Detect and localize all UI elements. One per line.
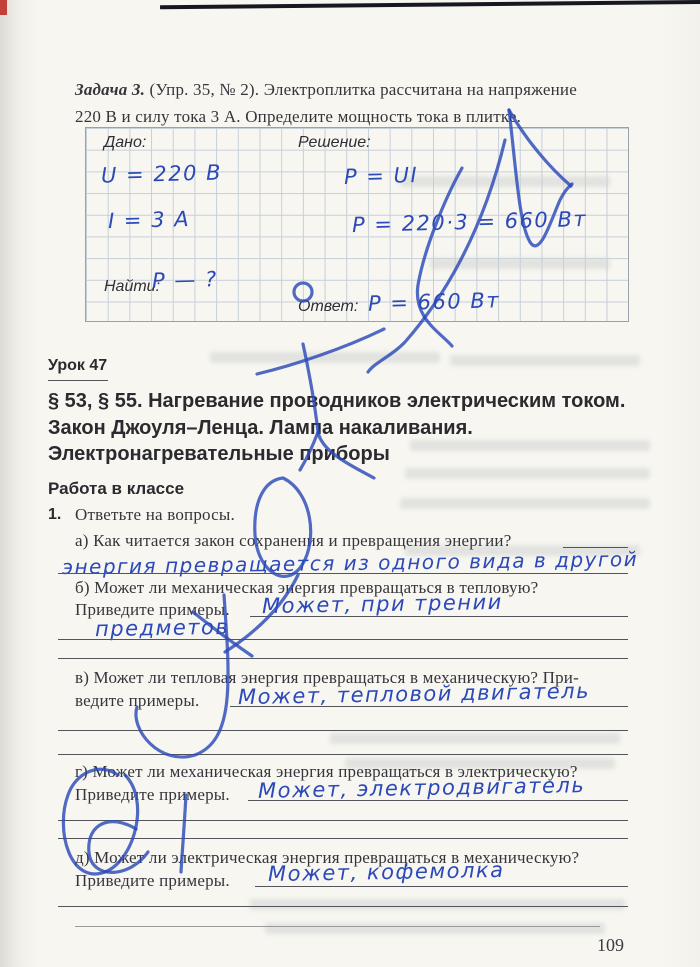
task3-label: Задача 3. (75, 80, 145, 99)
bleed-through (250, 899, 625, 910)
bleed-through (405, 468, 650, 479)
question-a: а) Как читается закон сохранения и превр… (75, 531, 511, 551)
given-value-1: U = 220 В (101, 160, 223, 187)
bleed-through (410, 440, 650, 451)
solution-label: Решение: (298, 134, 371, 152)
question-d-line2: Приведите примеры. (75, 871, 230, 891)
lesson-title-line2: Закон Джоуля–Ленца. Лампа накаливания. (48, 417, 473, 440)
task3-statement-line1: Задача 3. (Упр. 35, № 2). Электроплитка … (75, 80, 577, 100)
question-a-label: а) (75, 531, 89, 550)
find-value: P — ? (152, 267, 218, 293)
given-value-2: I = 3 А (108, 207, 191, 233)
answer-label: Ответ: (298, 298, 358, 316)
section-title: Работа в классе (48, 479, 184, 499)
page-number: 109 (597, 935, 624, 956)
given-label: Дано: (104, 134, 146, 152)
solution-step-2: P = 220·3 = 660 Вт (352, 207, 588, 237)
lesson-label: Урок 47 (48, 357, 107, 375)
question-g-line2: Приведите примеры. (75, 785, 230, 805)
lesson-title-line3: Электронагревательные приборы (48, 443, 390, 466)
lesson-title-line1: § 53, § 55. Нагревание проводников элект… (48, 390, 625, 413)
answer-b-line1: Может, при трении (262, 590, 503, 618)
bleed-through (210, 352, 440, 363)
solution-step-1: P = UI (344, 163, 419, 189)
question-g-label: г) (75, 762, 88, 781)
answer-g: Может, электродвигатель (258, 773, 586, 803)
question-v-label: в) (75, 668, 89, 687)
red-corner-mark (0, 0, 7, 15)
answer-b-line2: предметов (95, 615, 230, 641)
bleed-through (330, 733, 620, 744)
task3-reference: (Упр. 35, № 2). (150, 80, 260, 99)
bleed-through (400, 498, 650, 509)
solution-table: Дано: Решение: U = 220 В I = 3 А P = UI … (85, 127, 629, 322)
exercise-number: 1. (48, 506, 61, 524)
scan-edge-line (160, 0, 700, 9)
answer-v: Может, тепловой двигатель (238, 679, 590, 709)
question-d-label: д) (75, 848, 90, 867)
exercise-prompt: Ответьте на вопросы. (75, 505, 235, 525)
task3-statement-line2: 220 В и силу тока 3 А. Определите мощнос… (75, 107, 521, 127)
bleed-through (450, 355, 640, 366)
question-v-line2: ведите примеры. (75, 691, 199, 711)
answer-value: P = 660 Вт (368, 288, 501, 315)
question-b-label: б) (75, 578, 90, 597)
bleed-through (265, 923, 605, 934)
answer-d: Может, кофемолка (268, 858, 505, 886)
workbook-page: Задача 3. (Упр. 35, № 2). Электроплитка … (0, 0, 700, 967)
